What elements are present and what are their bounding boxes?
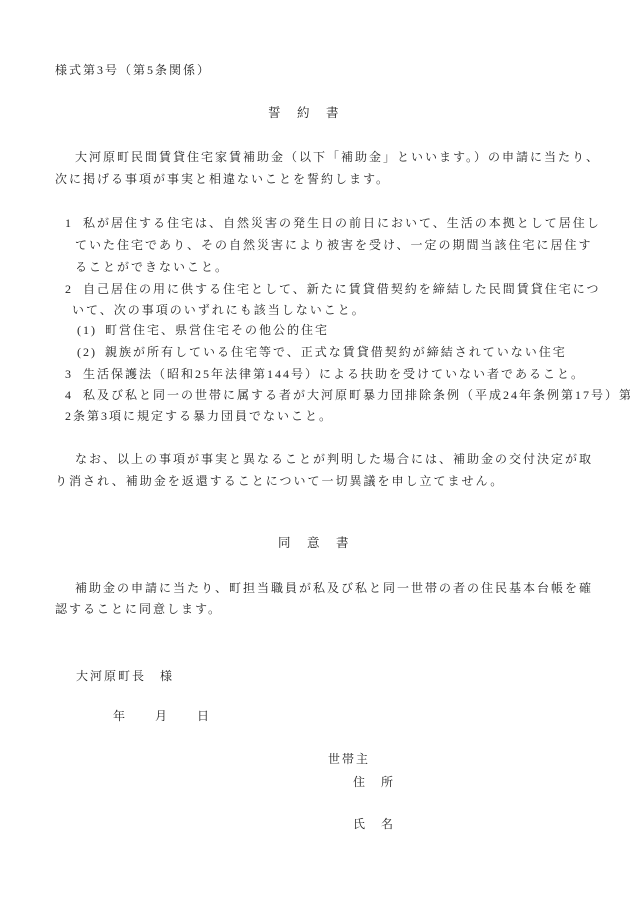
pledge-subitem-2-text: 親族が所有している住宅等で、正式な賃貸借契約が締結されていない住宅 (105, 345, 567, 359)
pledge-item-4-marker: 4 (65, 388, 73, 402)
pledge-title: 誓 約 書 (268, 106, 341, 120)
pledge-item-2-line-1: 自己居住の用に供する住宅として、新たに賃貸借契約を締結した民間賃貸住宅につ (83, 282, 601, 296)
householder-label: 世帯主 (328, 752, 370, 766)
pledge-item-1-line-2: ていた住宅であり、その自然災害により被害を受け、一定の期間当該住宅に居住す (75, 238, 593, 252)
form-number: 様式第3号（第5条関係） (55, 63, 211, 77)
pledge-note-line-1: なお、以上の事項が事実と異なることが判明した場合には、補助金の交付決定が取 (75, 452, 593, 466)
pledge-item-4-line-2: 2条第3項に規定する暴力団員でないこと。 (65, 409, 333, 423)
document-page: 様式第3号（第5条関係） 誓 約 書 大河原町民間賃貸住宅家賃補助金（以下「補助… (0, 0, 630, 903)
consent-body-line-1: 補助金の申請に当たり、町担当職員が私及び私と同一世帯の者の住民基本台帳を確 (75, 581, 593, 595)
pledge-subitem-1-marker: (1) (77, 323, 97, 337)
pledge-intro-line-2: 次に掲げる事項が事実と相違ないことを誓約します。 (55, 172, 390, 186)
pledge-item-2-marker: 2 (65, 282, 73, 296)
pledge-item-2-line-2: いて、次の事項のいずれにも該当しないこと。 (72, 303, 366, 317)
pledge-note-line-2: り消され、補助金を返還することについて一切異議を申し立てません。 (55, 474, 504, 488)
pledge-subitem-2-marker: (2) (77, 345, 97, 359)
consent-title: 同 意 書 (278, 536, 351, 550)
name-label: 氏 名 (353, 817, 395, 831)
date-line: 年 月 日 (113, 709, 211, 723)
address-label: 住 所 (353, 775, 395, 789)
addressee: 大河原町長 様 (76, 669, 174, 683)
pledge-item-1-line-1: 私が居住する住宅は、自然災害の発生日の前日において、生活の本拠として居住し (83, 216, 601, 230)
pledge-item-3-marker: 3 (65, 367, 73, 381)
pledge-item-4-line-1: 私及び私と同一の世帯に属する者が大河原町暴力団排除条例（平成24年条例第17号）… (83, 388, 630, 402)
pledge-item-1-line-3: ることができないこと。 (75, 260, 229, 274)
pledge-subitem-1-text: 町営住宅、県営住宅その他公的住宅 (105, 323, 329, 337)
consent-body-line-2: 認することに同意します。 (55, 602, 222, 616)
pledge-item-3-text: 生活保護法（昭和25年法律第144号）による扶助を受けていない者であること。 (83, 367, 585, 381)
pledge-item-1-marker: 1 (65, 216, 73, 230)
pledge-intro-line-1: 大河原町民間賃貸住宅家賃補助金（以下「補助金」といいます。）の申請に当たり、 (75, 150, 600, 164)
